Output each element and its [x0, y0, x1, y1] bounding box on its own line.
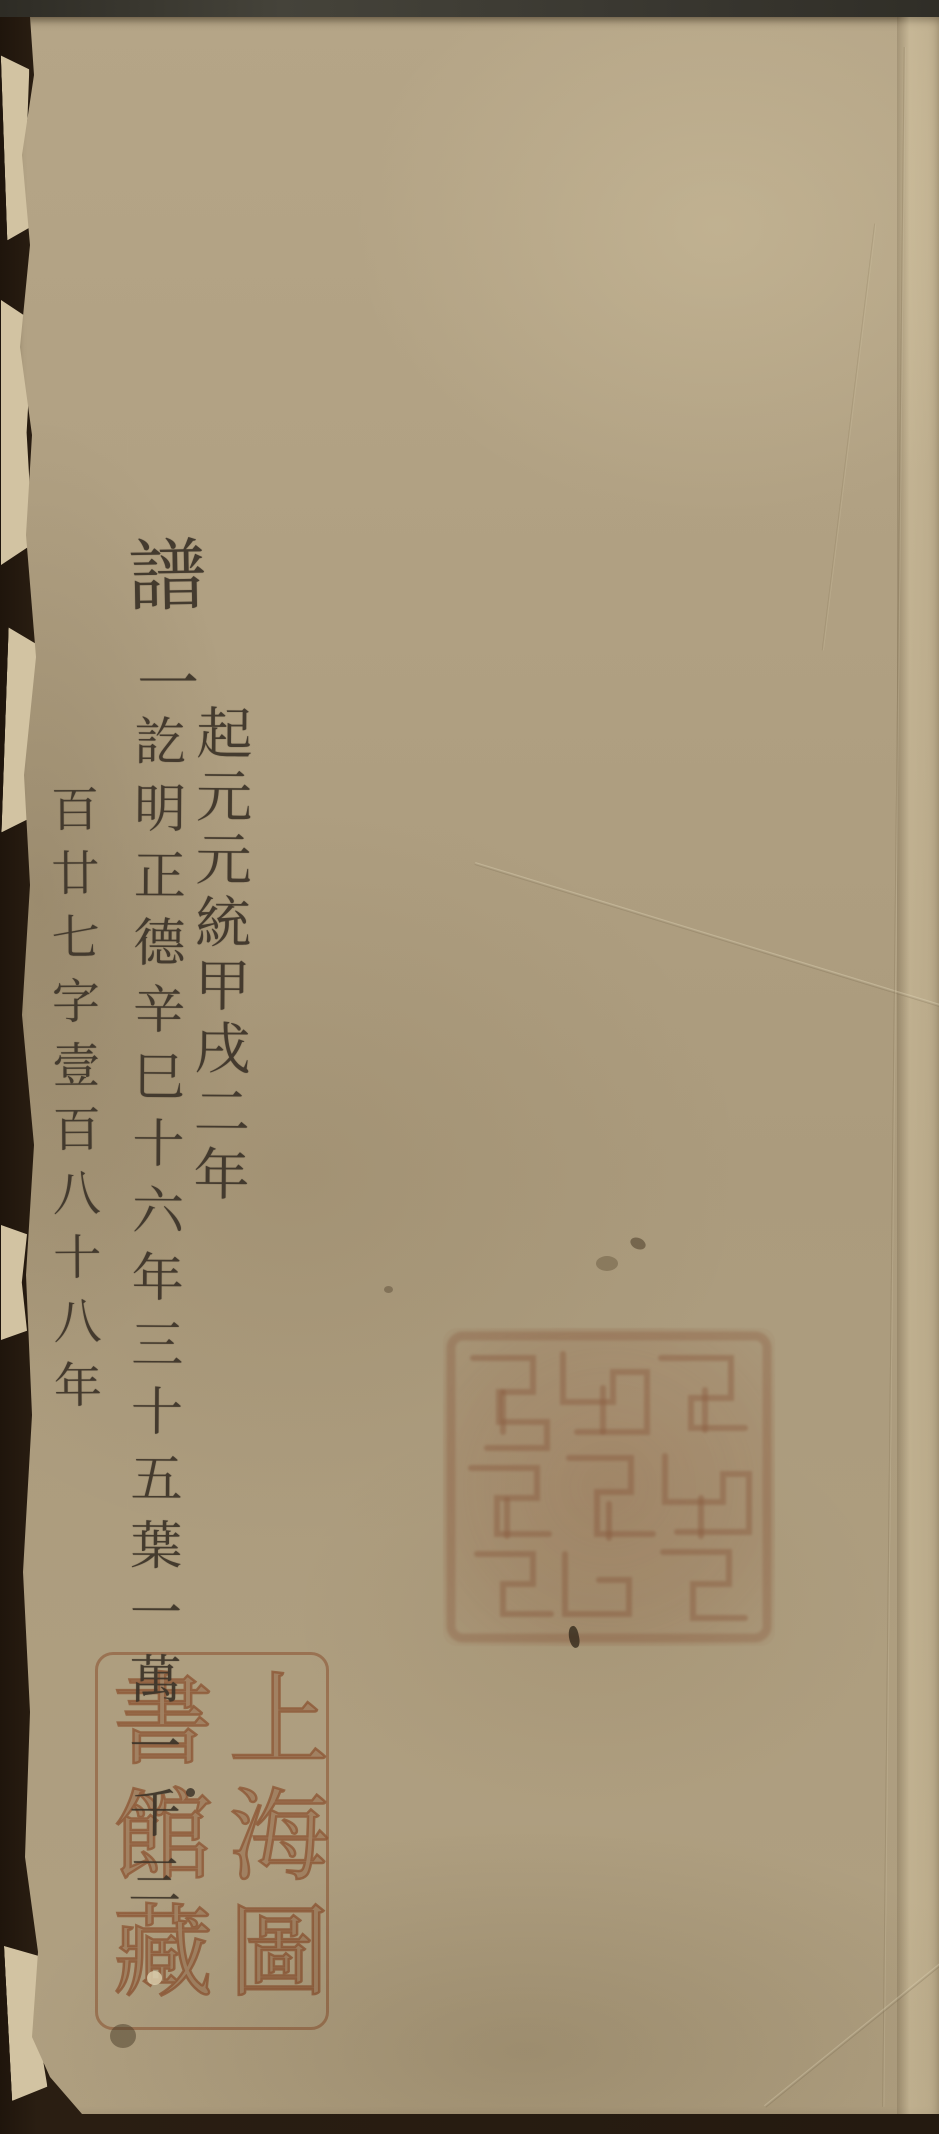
note-column-1: 起元元統甲戌二年: [188, 704, 248, 1208]
note-column-2: 訖明正德辛巳十六年三十五葉一萬一千三: [123, 714, 181, 1920]
foxing-spot: [384, 1286, 393, 1293]
paper-crease: [822, 223, 876, 650]
paper-fleck: [147, 1971, 162, 1985]
page-fold-edge: [897, 17, 939, 2114]
binding-top-band: [0, 0, 939, 17]
faded-center-seal: [443, 1328, 775, 1646]
scanned-book-cover: 譜 一 起元元統甲戌二年 訖明正德辛巳十六年三十五葉一萬一千三 百廿七字壹百八十…: [0, 0, 939, 2134]
note-column-3: 百廿七字壹百八十八年: [46, 784, 97, 1424]
foxing-spot: [596, 1256, 618, 1271]
foxing-spot: [110, 2024, 136, 2048]
torn-paper-tab: [1, 1225, 27, 1340]
paper-crease: [475, 862, 939, 1011]
title-character: 譜: [127, 513, 207, 626]
seal-pattern: [443, 1328, 775, 1646]
collection-seal-column-1: 上海圖: [220, 1667, 320, 2015]
ink-dot: [186, 1788, 195, 1797]
